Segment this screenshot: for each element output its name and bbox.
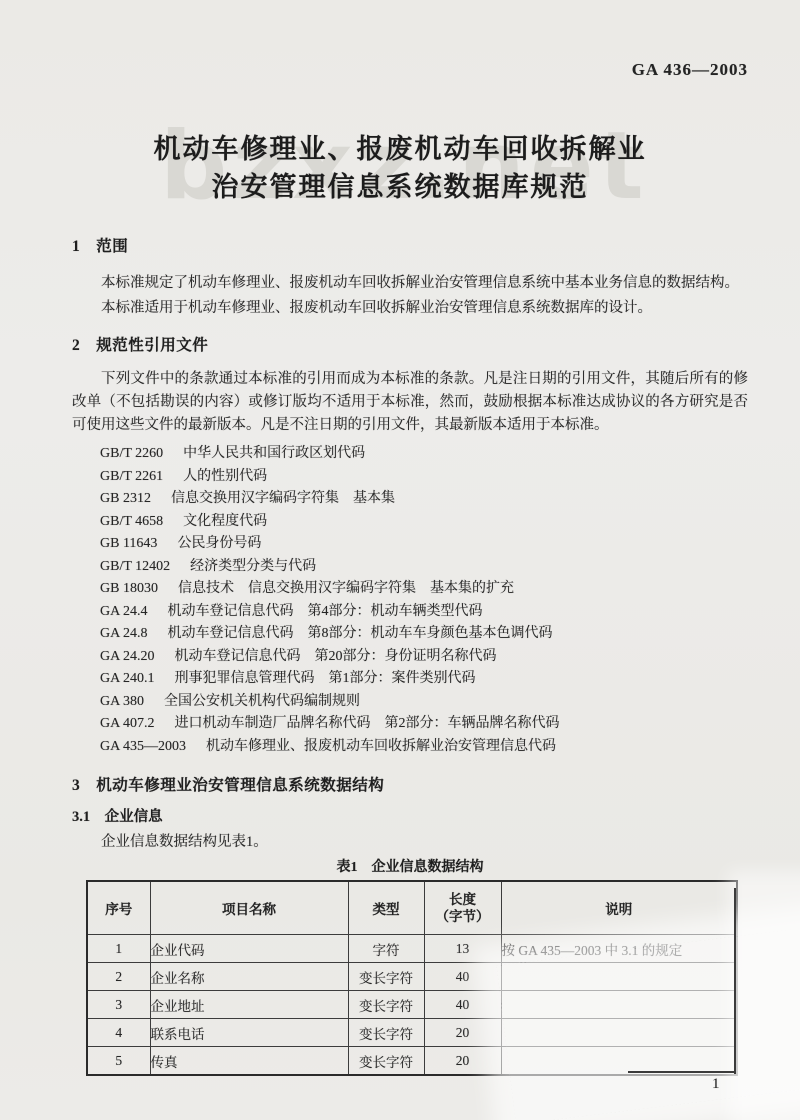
reference-code: GA 407.2 (100, 713, 154, 736)
reference-title: 机动车登记信息代码 第4部分：机动车辆类型代码 (167, 604, 482, 619)
table-right-border (734, 888, 736, 1074)
reference-item: GB/T 4658文化程度代码 (100, 511, 748, 534)
reference-title: 经济类型分类与代码 (190, 559, 316, 574)
col-header-seq: 序号 (87, 881, 150, 935)
table-cell: 5 (87, 1047, 150, 1076)
table-cell: 传真 (150, 1047, 348, 1076)
table-cell: 20 (424, 1019, 501, 1047)
table-cell: 4 (87, 1019, 150, 1047)
references-intro-paragraph: 下列文件中的条款通过本标准的引用而成为本标准的条款。凡是注日期的引用文件，其随后… (72, 368, 748, 437)
table-bottom-border (628, 1071, 736, 1073)
reference-code: GA 24.4 (100, 601, 147, 624)
scan-artifact-side (742, 885, 800, 1120)
section-2-heading: 2 规范性引用文件 (72, 333, 748, 355)
table-cell (501, 991, 737, 1019)
reference-item: GB 2312信息交换用汉字编码字符集 基本集 (100, 488, 748, 511)
table-cell: 1 (87, 935, 150, 963)
reference-code: GA 435—2003 (100, 736, 186, 759)
reference-code: GB/T 12402 (100, 556, 170, 579)
table-cell: 企业代码 (150, 935, 348, 963)
table-cell: 企业名称 (150, 963, 348, 991)
scope-paragraph-2: 本标准适用于机动车修理业、报废机动车回收拆解业治安管理信息系统数据库的设计。 (72, 297, 748, 320)
table-cell: 3 (87, 991, 150, 1019)
table-cell (501, 1019, 737, 1047)
table-cell: 字符 (348, 935, 424, 963)
reference-title: 刑事犯罪信息管理代码 第1部分：案件类别代码 (174, 671, 475, 686)
reference-title: 信息技术 信息交换用汉字编码字符集 基本集的扩充 (178, 581, 514, 596)
reference-code: GA 24.8 (100, 623, 147, 646)
table-row: 3企业地址变长字符40 (87, 991, 737, 1019)
standard-number: GA 436—2003 (632, 60, 748, 80)
see-table-paragraph: 企业信息数据结构见表1。 (72, 832, 748, 852)
reference-code: GA 24.20 (100, 646, 154, 669)
table-cell: 13 (424, 935, 501, 963)
table-cell: 按 GA 435—2003 中 3.1 的规定 (501, 935, 737, 963)
reference-item: GB/T 2260中华人民共和国行政区划代码 (100, 443, 748, 466)
reference-item: GA 24.20机动车登记信息代码 第20部分：身份证明名称代码 (100, 646, 748, 669)
table-body: 1企业代码字符13按 GA 435—2003 中 3.1 的规定2企业名称变长字… (87, 935, 737, 1076)
table-cell: 变长字符 (348, 1047, 424, 1076)
reference-code: GB 2312 (100, 488, 151, 511)
col-header-item-name: 项目名称 (150, 881, 348, 935)
enterprise-info-table: 序号 项目名称 类型 长度 （字节） 说明 1企业代码字符13按 GA 435—… (86, 880, 738, 1076)
section-1-heading: 1 范围 (72, 234, 748, 256)
table-cell: 40 (424, 963, 501, 991)
section-3-1-heading: 3.1 企业信息 (72, 805, 748, 826)
reference-title: 机动车登记信息代码 第20部分：身份证明名称代码 (174, 649, 496, 664)
reference-item: GB/T 12402经济类型分类与代码 (100, 556, 748, 579)
table-cell (501, 963, 737, 991)
reference-title: 公民身份号码 (177, 536, 261, 551)
reference-title: 机动车登记信息代码 第8部分：机动车车身颜色基本色调代码 (167, 626, 552, 641)
document-body: 1 范围 本标准规定了机动车修理业、报废机动车回收拆解业治安管理信息系统中基本业… (72, 224, 748, 1076)
reference-item: GA 380全国公安机关机构代码编制规则 (100, 691, 748, 714)
document-page: GA 436—2003 bzxz.net 机动车修理业、报废机动车回收拆解业 治… (0, 0, 800, 1120)
page-number: 1 (712, 1076, 720, 1093)
reference-item: GB 11643公民身份号码 (100, 533, 748, 556)
reference-item: GA 240.1刑事犯罪信息管理代码 第1部分：案件类别代码 (100, 668, 748, 691)
reference-title: 文化程度代码 (183, 514, 267, 529)
reference-code: GA 380 (100, 691, 144, 714)
document-title: 机动车修理业、报废机动车回收拆解业 治安管理信息系统数据库规范 (0, 130, 800, 206)
table-cell: 20 (424, 1047, 501, 1076)
section-3-heading: 3 机动车修理业治安管理信息系统数据结构 (72, 773, 748, 795)
references-list: GB/T 2260中华人民共和国行政区划代码GB/T 2261人的性别代码GB … (100, 443, 748, 758)
table-caption: 表1 企业信息数据结构 (72, 856, 748, 876)
reference-item: GA 407.2进口机动车制造厂品牌名称代码 第2部分：车辆品牌名称代码 (100, 713, 748, 736)
reference-code: GA 240.1 (100, 668, 154, 691)
reference-item: GA 24.4机动车登记信息代码 第4部分：机动车辆类型代码 (100, 601, 748, 624)
col-header-length-unit: （字节） (425, 908, 501, 925)
table-cell: 企业地址 (150, 991, 348, 1019)
table-cell: 变长字符 (348, 991, 424, 1019)
table-row: 1企业代码字符13按 GA 435—2003 中 3.1 的规定 (87, 935, 737, 963)
reference-item: GB 18030信息技术 信息交换用汉字编码字符集 基本集的扩充 (100, 578, 748, 601)
reference-title: 全国公安机关机构代码编制规则 (164, 694, 360, 709)
table-cell: 2 (87, 963, 150, 991)
col-header-type: 类型 (348, 881, 424, 935)
title-line-1: 机动车修理业、报废机动车回收拆解业 (0, 130, 800, 168)
reference-title: 人的性别代码 (183, 469, 267, 484)
table-cell: 联系电话 (150, 1019, 348, 1047)
table-row: 4联系电话变长字符20 (87, 1019, 737, 1047)
table-header-row: 序号 项目名称 类型 长度 （字节） 说明 (87, 881, 737, 935)
reference-code: GB/T 2261 (100, 466, 163, 489)
reference-title: 机动车修理业、报废机动车回收拆解业治安管理信息代码 (206, 739, 556, 754)
col-header-length-label: 长度 (425, 891, 501, 908)
table-cell: 40 (424, 991, 501, 1019)
col-header-length: 长度 （字节） (424, 881, 501, 935)
reference-item: GB/T 2261人的性别代码 (100, 466, 748, 489)
reference-code: GB/T 2260 (100, 443, 163, 466)
reference-title: 进口机动车制造厂品牌名称代码 第2部分：车辆品牌名称代码 (174, 716, 559, 731)
reference-item: GA 435—2003机动车修理业、报废机动车回收拆解业治安管理信息代码 (100, 736, 748, 759)
table-cell: 变长字符 (348, 1019, 424, 1047)
scope-paragraph-1: 本标准规定了机动车修理业、报废机动车回收拆解业治安管理信息系统中基本业务信息的数… (72, 272, 748, 295)
reference-code: GB 11643 (100, 533, 157, 556)
reference-code: GB 18030 (100, 578, 158, 601)
table-row: 2企业名称变长字符40 (87, 963, 737, 991)
col-header-description: 说明 (501, 881, 737, 935)
reference-item: GA 24.8机动车登记信息代码 第8部分：机动车车身颜色基本色调代码 (100, 623, 748, 646)
reference-code: GB/T 4658 (100, 511, 163, 534)
title-line-2: 治安管理信息系统数据库规范 (0, 168, 800, 206)
reference-title: 信息交换用汉字编码字符集 基本集 (171, 491, 395, 506)
table-cell: 变长字符 (348, 963, 424, 991)
reference-title: 中华人民共和国行政区划代码 (183, 446, 365, 461)
